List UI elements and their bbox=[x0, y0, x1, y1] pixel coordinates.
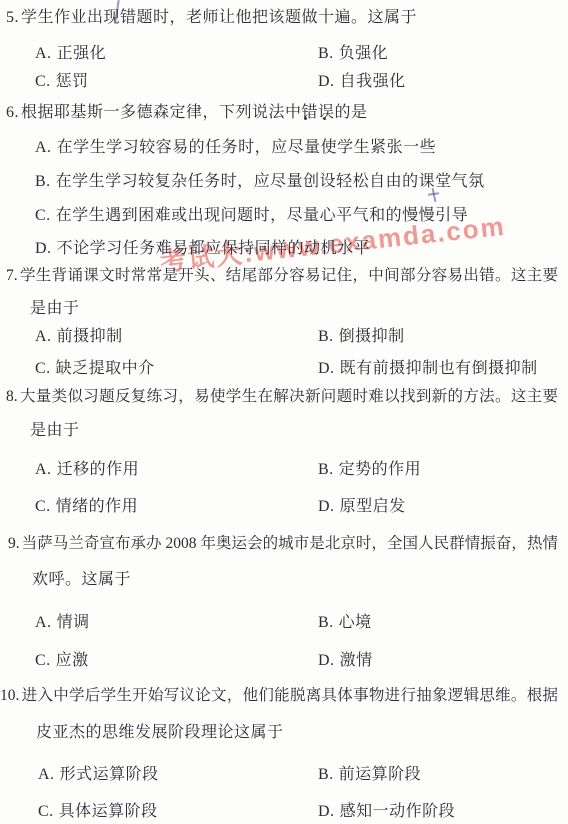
option-text: 在学生学习较复杂任务时，应尽量创设轻松自由的课堂气氛 bbox=[56, 173, 485, 190]
question-8-options-row-2: C.情绪的作用 D.原型启发 bbox=[0, 493, 568, 515]
option-key: D. bbox=[318, 73, 335, 90]
question-10-stem: 10.进入中学后学生开始写议论文，他们能脱离具体事物进行抽象逻辑思维。根据 bbox=[0, 686, 558, 706]
question-8-stem-line-2: 是由于 bbox=[30, 421, 80, 441]
option-text: 不论学习任务难易都应保持同样的动机水平 bbox=[57, 240, 371, 257]
question-6-option-a: A.在学生学习较容易的任务时，应尽量使学生紧张一些 bbox=[35, 138, 436, 158]
question-8-option-d: D.原型启发 bbox=[318, 493, 406, 516]
question-7-option-d: D.既有前摄抑制也有倒摄抑制 bbox=[318, 355, 538, 378]
option-key: B. bbox=[318, 328, 334, 345]
question-8-options-row-1: A.迁移的作用 B.定势的作用 bbox=[0, 456, 568, 478]
question-5-option-b: B.负强化 bbox=[318, 40, 388, 63]
question-10-option-d: D.感知一动作阶段 bbox=[318, 798, 455, 821]
question-10-option-c: C.具体运算阶段 bbox=[38, 798, 158, 821]
question-6-option-c: C.在学生遇到困难或出现问题时，尽量心平气和的慢慢引导 bbox=[35, 206, 468, 226]
option-text: 激情 bbox=[340, 652, 373, 669]
question-7-options-row-1: A.前摄抑制 B.倒摄抑制 bbox=[0, 323, 568, 345]
question-5-option-c: C.惩罚 bbox=[35, 68, 89, 91]
option-text: 具体运算阶段 bbox=[59, 803, 158, 820]
question-8-option-c: C.情绪的作用 bbox=[35, 493, 138, 516]
option-key: C. bbox=[35, 498, 51, 515]
option-text: 正强化 bbox=[57, 45, 107, 62]
exam-page: 考试大:www.examda.com 5.学生作业出现错题时，老师让他把该题做十… bbox=[0, 0, 568, 824]
question-10-stem-line-2: 皮亚杰的思维发展阶段理论这属于 bbox=[36, 723, 284, 743]
option-text: 心境 bbox=[339, 614, 372, 631]
question-7-options-row-2: C.缺乏提取中介 D.既有前摄抑制也有倒摄抑制 bbox=[0, 355, 568, 377]
option-text: 倒摄抑制 bbox=[339, 328, 405, 345]
question-5-option-a: A.正强化 bbox=[35, 40, 106, 63]
option-text: 在学生学习较容易的任务时，应尽量使学生紧张一些 bbox=[57, 139, 437, 156]
option-key: A. bbox=[35, 461, 52, 478]
option-key: D. bbox=[318, 652, 335, 669]
question-text: 学生作业出现错题时，老师让他把该题做十遍。这属于 bbox=[21, 9, 417, 26]
question-text: 学生背诵课文时常常是开头、结尾部分容易记住，中间部分容易出错。这主要 bbox=[20, 267, 558, 284]
question-text: 大量类似习题反复练习，易使学生在解决新问题时难以找到新的方法。这主要 bbox=[20, 388, 558, 405]
option-text: 既有前摄抑制也有倒摄抑制 bbox=[340, 360, 538, 377]
question-8-option-a: A.迁移的作用 bbox=[35, 456, 139, 479]
option-text: 缺乏提取中介 bbox=[56, 360, 155, 377]
option-text: 负强化 bbox=[339, 45, 389, 62]
question-9-option-b: B.心境 bbox=[318, 609, 372, 632]
question-number: 10. bbox=[0, 687, 19, 704]
question-7-stem: 7.学生背诵课文时常常是开头、结尾部分容易记住，中间部分容易出错。这主要 bbox=[6, 266, 558, 286]
question-5-options-row-2: C.惩罚 D.自我强化 bbox=[0, 68, 568, 90]
option-text: 前摄抑制 bbox=[57, 328, 123, 345]
question-5-stem: 5.学生作业出现错题时，老师让他把该题做十遍。这属于 bbox=[6, 8, 417, 28]
option-key: D. bbox=[35, 240, 52, 257]
question-number: 7. bbox=[6, 267, 18, 284]
question-5-options-row-1: A.正强化 B.负强化 bbox=[0, 40, 568, 62]
question-number: 9. bbox=[8, 535, 20, 552]
option-key: A. bbox=[35, 45, 52, 62]
option-text: 情绪的作用 bbox=[56, 498, 139, 515]
question-6-option-d: D.不论学习任务难易都应保持同样的动机水平 bbox=[35, 239, 370, 259]
question-text: 当萨马兰奇宣布承办 2008 年奥运会的城市是北京时，全国人民群情振奋，热情 bbox=[22, 535, 558, 552]
question-number: 8. bbox=[6, 388, 18, 405]
option-key: D. bbox=[318, 360, 335, 377]
question-9-stem-line-2: 欢呼。这属于 bbox=[32, 570, 131, 590]
option-key: A. bbox=[35, 328, 52, 345]
question-7-option-c: C.缺乏提取中介 bbox=[35, 355, 155, 378]
option-key: A. bbox=[35, 139, 52, 156]
question-9-option-a: A.情调 bbox=[35, 609, 90, 632]
question-7-stem-line-2: 是由于 bbox=[30, 299, 80, 319]
option-text: 前运算阶段 bbox=[339, 766, 422, 783]
question-7-option-a: A.前摄抑制 bbox=[35, 323, 123, 346]
question-6-option-b: B.在学生学习较复杂任务时，应尽量创设轻松自由的课堂气氛 bbox=[35, 172, 485, 192]
question-9-options-row-2: C.应激 D.激情 bbox=[0, 647, 568, 669]
option-key: B. bbox=[318, 45, 334, 62]
option-key: C. bbox=[38, 803, 54, 820]
option-text: 应激 bbox=[56, 652, 89, 669]
option-text: 惩罚 bbox=[56, 73, 89, 90]
option-text: 迁移的作用 bbox=[57, 461, 140, 478]
option-key: C. bbox=[35, 207, 51, 224]
question-8-stem: 8.大量类似习题反复练习，易使学生在解决新问题时难以找到新的方法。这主要 bbox=[6, 387, 558, 407]
option-text: 原型启发 bbox=[340, 498, 406, 515]
question-6-stem: 6.根据耶基斯一多德森定律，下列说法中错误的是 bbox=[6, 103, 368, 123]
option-key: B. bbox=[318, 766, 334, 783]
option-key: C. bbox=[35, 652, 51, 669]
question-10-options-row-1: A.形式运算阶段 B.前运算阶段 bbox=[0, 761, 568, 783]
question-10-option-a: A.形式运算阶段 bbox=[38, 761, 159, 784]
option-key: A. bbox=[35, 614, 52, 631]
option-key: D. bbox=[318, 803, 335, 820]
question-9-option-d: D.激情 bbox=[318, 647, 373, 670]
option-text: 自我强化 bbox=[340, 73, 406, 90]
question-text: 进入中学后学生开始写议论文，他们能脱离具体事物进行抽象逻辑思维。根据 bbox=[21, 687, 558, 704]
question-number: 6. bbox=[6, 104, 19, 121]
option-text: 情调 bbox=[57, 614, 90, 631]
option-key: B. bbox=[35, 173, 51, 190]
question-number: 5. bbox=[6, 9, 19, 26]
option-key: C. bbox=[35, 73, 51, 90]
option-text: 定势的作用 bbox=[339, 461, 422, 478]
option-key: D. bbox=[318, 498, 335, 515]
option-text: 感知一动作阶段 bbox=[340, 803, 456, 820]
option-key: B. bbox=[318, 461, 334, 478]
question-8-option-b: B.定势的作用 bbox=[318, 456, 421, 479]
question-9-stem: 9.当萨马兰奇宣布承办 2008 年奥运会的城市是北京时，全国人民群情振奋，热情 bbox=[8, 534, 558, 554]
question-10-options-row-2: C.具体运算阶段 D.感知一动作阶段 bbox=[0, 798, 568, 820]
option-text: 在学生遇到困难或出现问题时，尽量心平气和的慢慢引导 bbox=[56, 207, 469, 224]
question-9-option-c: C.应激 bbox=[35, 647, 89, 670]
question-9-options-row-1: A.情调 B.心境 bbox=[0, 609, 568, 631]
option-key: A. bbox=[38, 766, 55, 783]
emphasis-dots bbox=[296, 117, 334, 120]
option-key: C. bbox=[35, 360, 51, 377]
question-5-option-d: D.自我强化 bbox=[318, 68, 406, 91]
question-7-option-b: B.倒摄抑制 bbox=[318, 323, 405, 346]
option-text: 形式运算阶段 bbox=[60, 766, 159, 783]
option-key: B. bbox=[318, 614, 334, 631]
question-10-option-b: B.前运算阶段 bbox=[318, 761, 421, 784]
